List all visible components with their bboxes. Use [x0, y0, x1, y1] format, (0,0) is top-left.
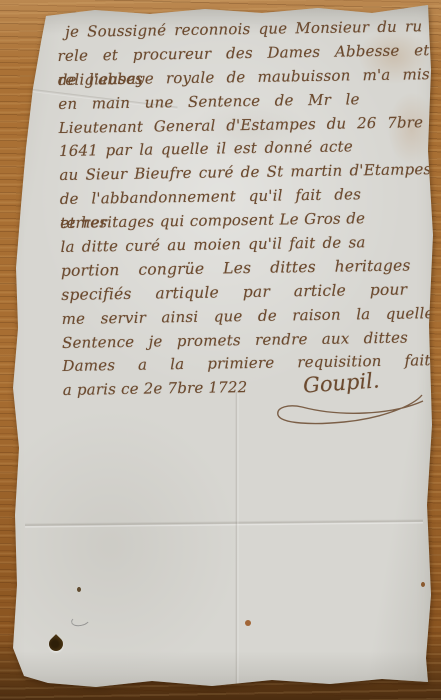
paper-hole: [46, 634, 66, 654]
signature-flourish: [272, 392, 426, 428]
manuscript-line: de l'abbaye royale de maubuisson m'a mis: [58, 63, 430, 93]
manuscript-line: au Sieur Bieufre curé de St martin d'Eta…: [59, 158, 431, 188]
manuscript-line: Lieutenant General d'Estampes du 26 7bre: [59, 111, 424, 141]
manuscript-line: a paris ce 2e 7bre 1722: [63, 376, 290, 403]
paper-scratch: [70, 613, 91, 628]
rust-spot: [245, 620, 251, 626]
paper-shadow: je Soussigné reconnois que Monsieur du r…: [0, 0, 441, 700]
manuscript-paper: je Soussigné reconnois que Monsieur du r…: [0, 0, 441, 700]
paper-crease-vertical: [235, 392, 239, 684]
manuscript-text: je Soussigné reconnois que Monsieur du r…: [57, 15, 435, 403]
photo-background-wood-table: je Soussigné reconnois que Monsieur du r…: [0, 0, 441, 700]
ink-speck: [421, 582, 425, 587]
ink-speck: [77, 587, 81, 592]
paper-crease-horizontal: [25, 519, 423, 528]
